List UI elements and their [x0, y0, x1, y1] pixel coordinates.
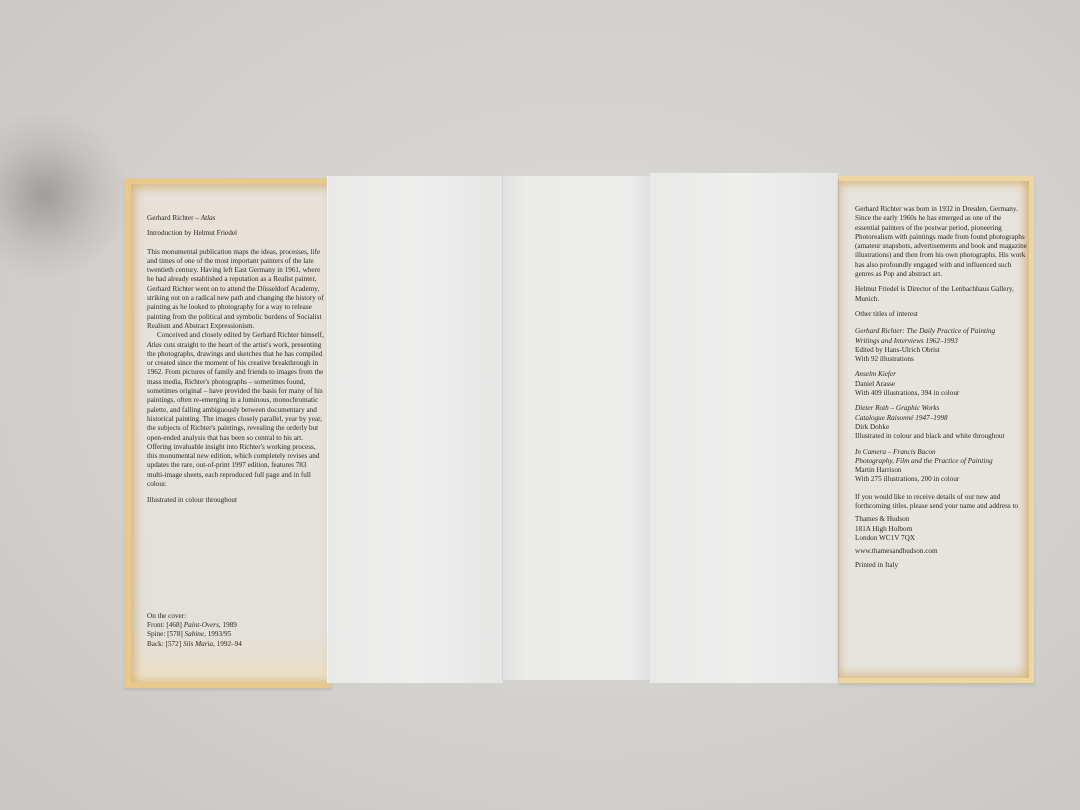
related-title: In Camera – Francis Bacon Photography, F…	[855, 448, 1027, 485]
dust-jacket: Gerhard Richter – Atlas Introduction by …	[125, 173, 1035, 688]
front-cover-inside	[650, 173, 838, 683]
book-title: Gerhard Richter – Atlas	[147, 214, 325, 223]
related-title: Gerhard Richter: The Daily Practice of P…	[855, 327, 1027, 364]
shadow	[0, 110, 130, 280]
introduction-credit: Introduction by Helmut Friedel	[147, 229, 325, 238]
publisher-address: Thames & Hudson 181A High Holborn London…	[855, 515, 1027, 543]
right-flap: Gerhard Richter was born in 1932 in Dres…	[838, 176, 1034, 683]
back-credit: Back: [572] Sils Maria, 1992–94	[147, 640, 325, 649]
back-cover-inside	[327, 176, 503, 683]
newsletter-note: If you would like to receive details of …	[855, 493, 1027, 512]
left-flap-text: Gerhard Richter – Atlas Introduction by …	[147, 214, 325, 512]
spine-inside	[502, 176, 652, 680]
author-bio: Gerhard Richter was born in 1932 in Dres…	[855, 205, 1027, 279]
spine-credit: Spine: [578] Sabine, 1993/95	[147, 630, 325, 639]
cover-credits: On the cover: Front: [468] Paint-Overs, …	[147, 612, 325, 649]
right-flap-text: Gerhard Richter was born in 1932 in Dres…	[855, 205, 1027, 576]
left-flap: Gerhard Richter – Atlas Introduction by …	[125, 178, 331, 688]
cover-credits-heading: On the cover:	[147, 612, 325, 621]
description-paragraph-1: This monumental publication maps the ide…	[147, 248, 325, 332]
related-title: Dieter Roth – Graphic Works Catalogue Ra…	[855, 404, 1027, 441]
description-paragraph-2: Conceived and closely edited by Gerhard …	[147, 331, 325, 489]
front-credit: Front: [468] Paint-Overs, 1989	[147, 621, 325, 630]
publisher-website: www.thamesandhudson.com	[855, 547, 1027, 556]
other-titles-heading: Other titles of interest	[855, 310, 1027, 319]
printed-in: Printed in Italy	[855, 561, 1027, 570]
illustrated-note: Illustrated in colour throughout	[147, 496, 325, 505]
editor-bio: Helmut Friedel is Director of the Lenbac…	[855, 285, 1027, 304]
related-title: Anselm Kiefer Daniel Arasse With 409 ill…	[855, 370, 1027, 398]
